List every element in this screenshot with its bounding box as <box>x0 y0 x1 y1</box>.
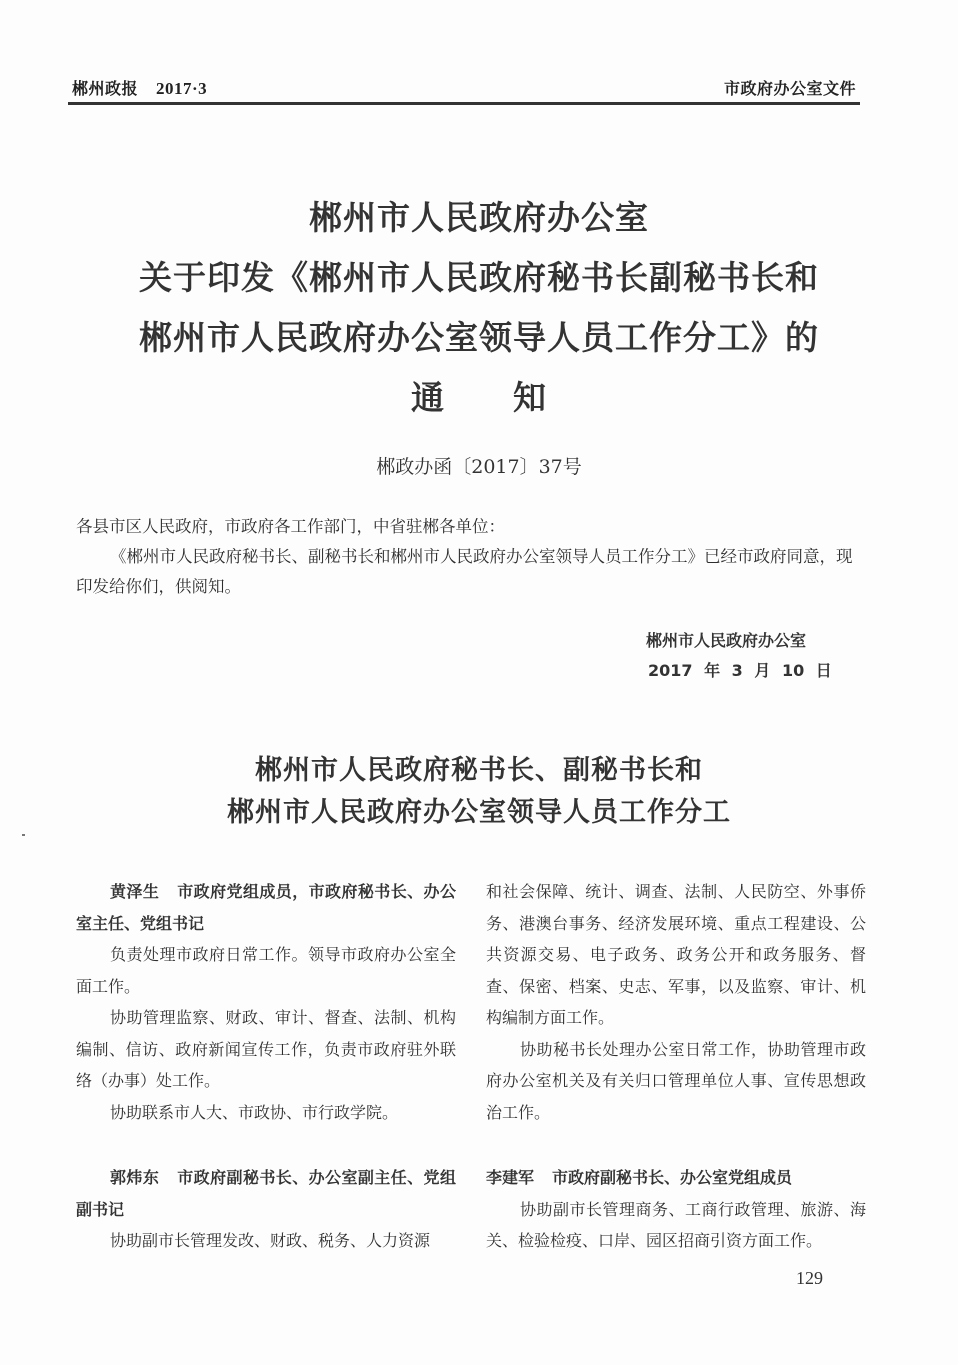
duty-paragraph-continued: 和社会保障、统计、调查、法制、人民防空、外事侨务、港澳台事务、经济发展环境、重点… <box>486 876 866 1034</box>
duty-paragraph: 协助秘书长处理办公室日常工作，协助管理市政府办公室机关及有关归口管理单位人事、宣… <box>486 1034 866 1129</box>
duty-paragraph: 协助副市长管理发改、财政、税务、人力资源 <box>76 1225 456 1257</box>
signature-date: 2017 年 3 月 10 日 <box>648 658 832 681</box>
notice-title-line-4: 通 知 <box>0 372 958 419</box>
notice-title-line-2: 关于印发《郴州市人民政府秘书长副秘书长和 <box>0 252 958 299</box>
duty-paragraph: 协助副市长管理商务、工商行政管理、旅游、海关、检验检疫、口岸、园区招商引资方面工… <box>486 1194 866 1257</box>
person-entry-li: 李建军市政府副秘书长、办公室党组成员 协助副市长管理商务、工商行政管理、旅游、海… <box>486 1162 866 1257</box>
duty-paragraph: 协助管理监察、财政、审计、督查、法制、机构编制、信访、政府新闻宣传工作，负责市政… <box>76 1002 456 1097</box>
issue-number: 2017·3 <box>156 79 207 98</box>
person-name: 黄泽生 <box>110 882 159 901</box>
notice-body: 《郴州市人民政府秘书长、副秘书长和郴州市人民政府办公室领导人员工作分工》已经市政… <box>76 542 866 602</box>
notice-title-line-3: 郴州市人民政府办公室领导人员工作分工》的 <box>0 312 958 359</box>
person-name: 郭炜东 <box>110 1168 159 1187</box>
attachment-title-line-1: 郴州市人民政府秘书长、副秘书长和 <box>0 748 958 787</box>
scan-speck <box>22 834 25 836</box>
document-number: 郴政办函〔2017〕37号 <box>0 452 958 479</box>
person-role: 市政府副秘书长、办公室党组成员 <box>552 1168 792 1187</box>
attachment-title-line-2: 郴州市人民政府办公室领导人员工作分工 <box>0 790 958 829</box>
signature-organization: 郴州市人民政府办公室 <box>646 628 806 651</box>
person-entry-guo: 郭炜东市政府副秘书长、办公室副主任、党组副书记 协助副市长管理发改、财政、税务、… <box>76 1162 456 1257</box>
journal-name: 郴州政报 <box>72 79 138 98</box>
person-heading: 郭炜东市政府副秘书长、办公室副主任、党组副书记 <box>76 1162 456 1225</box>
section-label: 市政府办公室文件 <box>724 76 856 99</box>
addressee: 各县市区人民政府，市政府各工作部门，中省驻郴各单位： <box>76 512 505 542</box>
header-rule <box>68 102 860 105</box>
person-heading: 黄泽生市政府党组成员，市政府秘书长、办公室主任、党组书记 <box>76 876 456 939</box>
duty-paragraph: 负责处理市政府日常工作。领导市政府办公室全面工作。 <box>76 939 456 1002</box>
person-name: 李建军 <box>486 1168 534 1187</box>
page-number: 129 <box>796 1268 823 1289</box>
notice-title-line-1: 郴州市人民政府办公室 <box>0 192 958 239</box>
person-heading: 李建军市政府副秘书长、办公室党组成员 <box>486 1162 866 1194</box>
running-header-left: 郴州政报2017·3 <box>72 76 207 99</box>
duty-paragraph: 协助联系市人大、市政协、市行政学院。 <box>76 1097 456 1129</box>
person-entry-guo-continued: 和社会保障、统计、调查、法制、人民防空、外事侨务、港澳台事务、经济发展环境、重点… <box>486 876 866 1128</box>
person-entry-huang: 黄泽生市政府党组成员，市政府秘书长、办公室主任、党组书记 负责处理市政府日常工作… <box>76 876 456 1128</box>
